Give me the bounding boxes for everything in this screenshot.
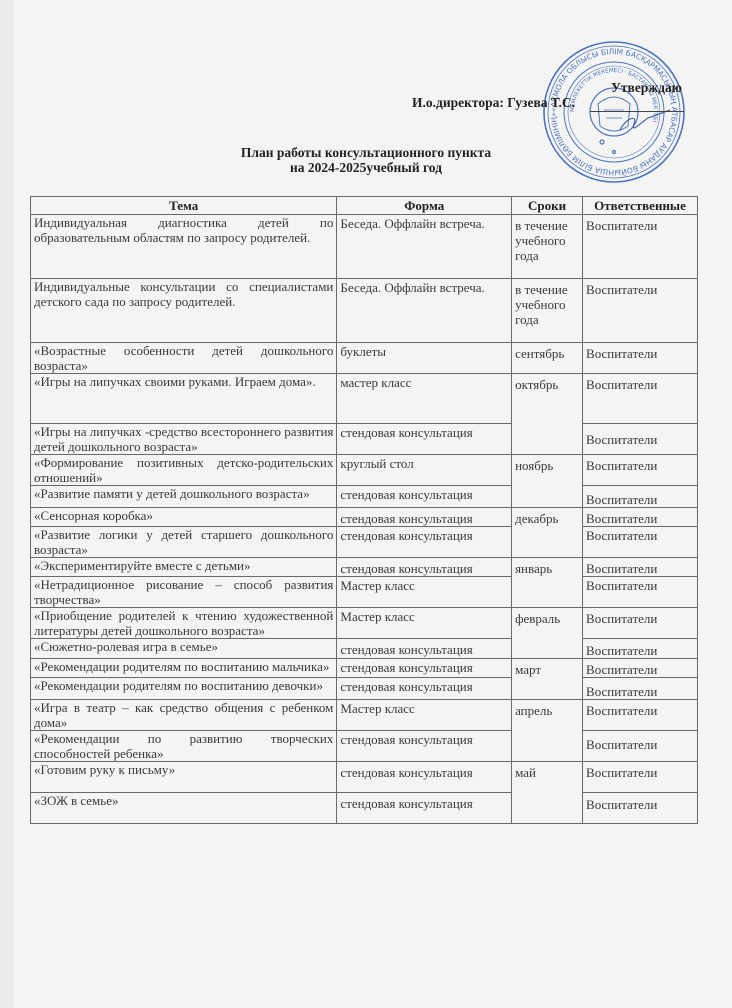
cell-term: в течение учебного года bbox=[512, 215, 583, 279]
cell-term: октябрь bbox=[512, 374, 583, 455]
cell-responsible: Воспитатели bbox=[583, 374, 698, 424]
cell-form: стендовая консультация bbox=[337, 762, 512, 793]
cell-responsible: Воспитатели bbox=[583, 486, 698, 508]
table-row: «Игры на липучках своими руками. Играем … bbox=[31, 374, 698, 424]
cell-form: мастер класс bbox=[337, 374, 512, 424]
cell-responsible: Воспитатели bbox=[583, 700, 698, 731]
cell-form: стендовая консультация bbox=[337, 486, 512, 508]
cell-theme: «Развитие памяти у детей дошкольного воз… bbox=[31, 486, 337, 508]
table-row: «Сюжетно-ролевая игра в семье» стендовая… bbox=[31, 639, 698, 659]
table-row: «Сенсорная коробка» стендовая консультац… bbox=[31, 508, 698, 527]
cell-theme: «Нетрадиционное рисование – способ разви… bbox=[31, 577, 337, 608]
cell-theme: «ЗОЖ в семье» bbox=[31, 793, 337, 824]
table-row: «Возрастные особенности детей дошкольног… bbox=[31, 343, 698, 374]
cell-theme: «Рекомендации родителям по воспитанию ма… bbox=[31, 659, 337, 678]
cell-theme: «Экспериментируйте вместе с детьми» bbox=[31, 558, 337, 577]
cell-theme: «Рекомендации родителям по воспитанию де… bbox=[31, 678, 337, 700]
signature-line bbox=[590, 111, 684, 112]
cell-theme: «Сюжетно-ролевая игра в семье» bbox=[31, 639, 337, 659]
table-row: Индивидуальная диагностика детей по обра… bbox=[31, 215, 698, 279]
table-row: «Готовим руку к письму» стендовая консул… bbox=[31, 762, 698, 793]
cell-form: стендовая консультация bbox=[337, 508, 512, 527]
cell-theme: «Готовим руку к письму» bbox=[31, 762, 337, 793]
cell-theme: «Рекомендации по развитию творческих спо… bbox=[31, 731, 337, 762]
table-row: «Приобщение родителей к чтению художеств… bbox=[31, 608, 698, 639]
cell-theme: «Игра в театр – как средство общения с р… bbox=[31, 700, 337, 731]
cell-term: май bbox=[512, 762, 583, 824]
cell-term: ноябрь bbox=[512, 455, 583, 508]
cell-responsible: Воспитатели bbox=[583, 343, 698, 374]
cell-theme: «Приобщение родителей к чтению художеств… bbox=[31, 608, 337, 639]
cell-responsible: Воспитатели bbox=[583, 508, 698, 527]
cell-responsible: Воспитатели bbox=[583, 279, 698, 343]
cell-responsible: Воспитатели bbox=[583, 455, 698, 486]
table-row: Индивидуальные консультации со специалис… bbox=[31, 279, 698, 343]
cell-responsible: Воспитатели bbox=[583, 678, 698, 700]
header-term: Сроки bbox=[512, 197, 583, 215]
cell-responsible: Воспитатели bbox=[583, 731, 698, 762]
cell-form: стендовая консультация bbox=[337, 659, 512, 678]
cell-theme: «Развитие логики у детей старшего дошкол… bbox=[31, 527, 337, 558]
cell-theme: Индивидуальные консультации со специалис… bbox=[31, 279, 337, 343]
table-row: «Нетрадиционное рисование – способ разви… bbox=[31, 577, 698, 608]
cell-responsible: Воспитатели bbox=[583, 639, 698, 659]
cell-responsible: Воспитатели bbox=[583, 577, 698, 608]
cell-responsible: Воспитатели bbox=[583, 762, 698, 793]
cell-term: сентябрь bbox=[512, 343, 583, 374]
cell-theme: «Игры на липучках -средство всестороннег… bbox=[31, 424, 337, 455]
cell-theme: «Возрастные особенности детей дошкольног… bbox=[31, 343, 337, 374]
cell-form: буклеты bbox=[337, 343, 512, 374]
cell-form: стендовая консультация bbox=[337, 639, 512, 659]
cell-term: в течение учебного года bbox=[512, 279, 583, 343]
cell-theme: Индивидуальная диагностика детей по обра… bbox=[31, 215, 337, 279]
cell-theme: «Сенсорная коробка» bbox=[31, 508, 337, 527]
cell-form: стендовая консультация bbox=[337, 527, 512, 558]
cell-term: декабрь bbox=[512, 508, 583, 558]
table-row: «Рекомендации по развитию творческих спо… bbox=[31, 731, 698, 762]
table-row: «ЗОЖ в семье» стендовая консультация Вос… bbox=[31, 793, 698, 824]
cell-form: Беседа. Оффлайн встреча. bbox=[337, 215, 512, 279]
cell-responsible: Воспитатели bbox=[583, 424, 698, 455]
title-line-1: План работы консультационного пункта bbox=[0, 145, 732, 160]
cell-responsible: Воспитатели bbox=[583, 793, 698, 824]
title-line-2: на 2024-2025учебный год bbox=[0, 160, 732, 175]
cell-responsible: Воспитатели bbox=[583, 527, 698, 558]
table-row: «Экспериментируйте вместе с детьми» стен… bbox=[31, 558, 698, 577]
table-header-row: Тема Форма Сроки Ответственные bbox=[31, 197, 698, 215]
cell-form: круглый стол bbox=[337, 455, 512, 486]
cell-form: стендовая консультация bbox=[337, 424, 512, 455]
cell-theme: «Формирование позитивных детско-родитель… bbox=[31, 455, 337, 486]
header-form: Форма bbox=[337, 197, 512, 215]
cell-responsible: Воспитатели bbox=[583, 659, 698, 678]
table-row: «Игры на липучках -средство всестороннег… bbox=[31, 424, 698, 455]
cell-term: февраль bbox=[512, 608, 583, 659]
header-theme: Тема bbox=[31, 197, 337, 215]
cell-form: Мастер класс bbox=[337, 577, 512, 608]
director-signature-label: И.о.директора: Гузева Т.С. bbox=[412, 95, 575, 111]
cell-form: стендовая консультация bbox=[337, 678, 512, 700]
cell-form: стендовая консультация bbox=[337, 793, 512, 824]
cell-term: апрель bbox=[512, 700, 583, 762]
cell-term: март bbox=[512, 659, 583, 700]
table-row: «Развитие логики у детей старшего дошкол… bbox=[31, 527, 698, 558]
cell-theme: «Игры на липучках своими руками. Играем … bbox=[31, 374, 337, 424]
document-title: План работы консультационного пункта на … bbox=[0, 145, 732, 175]
header-responsible: Ответственные bbox=[583, 197, 698, 215]
table-row: «Рекомендации родителям по воспитанию ма… bbox=[31, 659, 698, 678]
cell-form: Беседа. Оффлайн встреча. bbox=[337, 279, 512, 343]
cell-responsible: Воспитатели bbox=[583, 558, 698, 577]
consultation-plan-table: Тема Форма Сроки Ответственные Индивидуа… bbox=[30, 196, 698, 824]
cell-responsible: Воспитатели bbox=[583, 215, 698, 279]
approval-label: Утверждаю bbox=[611, 80, 682, 96]
cell-form: стендовая консультация bbox=[337, 731, 512, 762]
cell-responsible: Воспитатели bbox=[583, 608, 698, 639]
table-row: «Формирование позитивных детско-родитель… bbox=[31, 455, 698, 486]
cell-form: Мастер класс bbox=[337, 700, 512, 731]
cell-form: Мастер класс bbox=[337, 608, 512, 639]
table-row: «Развитие памяти у детей дошкольного воз… bbox=[31, 486, 698, 508]
cell-form: стендовая консультация bbox=[337, 558, 512, 577]
cell-term: январь bbox=[512, 558, 583, 608]
table-row: «Рекомендации родителям по воспитанию де… bbox=[31, 678, 698, 700]
table-row: «Игра в театр – как средство общения с р… bbox=[31, 700, 698, 731]
